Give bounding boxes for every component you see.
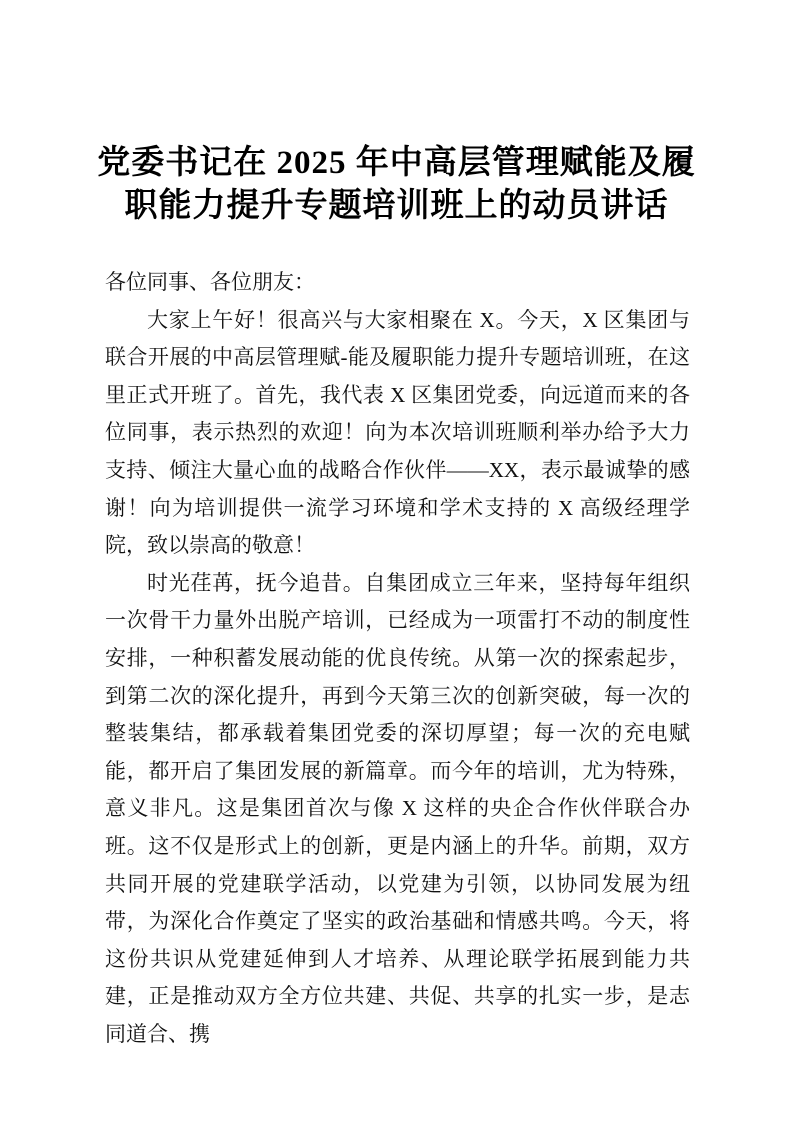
salutation: 各位同事、各位朋友： bbox=[105, 264, 690, 302]
document-title: 党委书记在 2025 年中高层管理赋能及履 职能力提升专题培训班上的动员讲话 bbox=[0, 0, 793, 228]
document-page: 党委书记在 2025 年中高层管理赋能及履 职能力提升专题培训班上的动员讲话 各… bbox=[0, 0, 793, 1122]
title-line-1: 党委书记在 2025 年中高层管理赋能及履 bbox=[0, 142, 793, 185]
title-line-2: 职能力提升专题培训班上的动员讲话 bbox=[0, 185, 793, 228]
document-body: 各位同事、各位朋友： 大家上午好！很高兴与大家相聚在 X。今天，X 区集团与联合… bbox=[105, 264, 690, 1053]
paragraph-1: 大家上午好！很高兴与大家相聚在 X。今天，X 区集团与联合开展的中高层管理赋-能… bbox=[105, 302, 690, 565]
paragraph-2: 时光荏苒，抚今追昔。自集团成立三年来，坚持每年组织一次骨干力量外出脱产培训，已经… bbox=[105, 565, 690, 1054]
